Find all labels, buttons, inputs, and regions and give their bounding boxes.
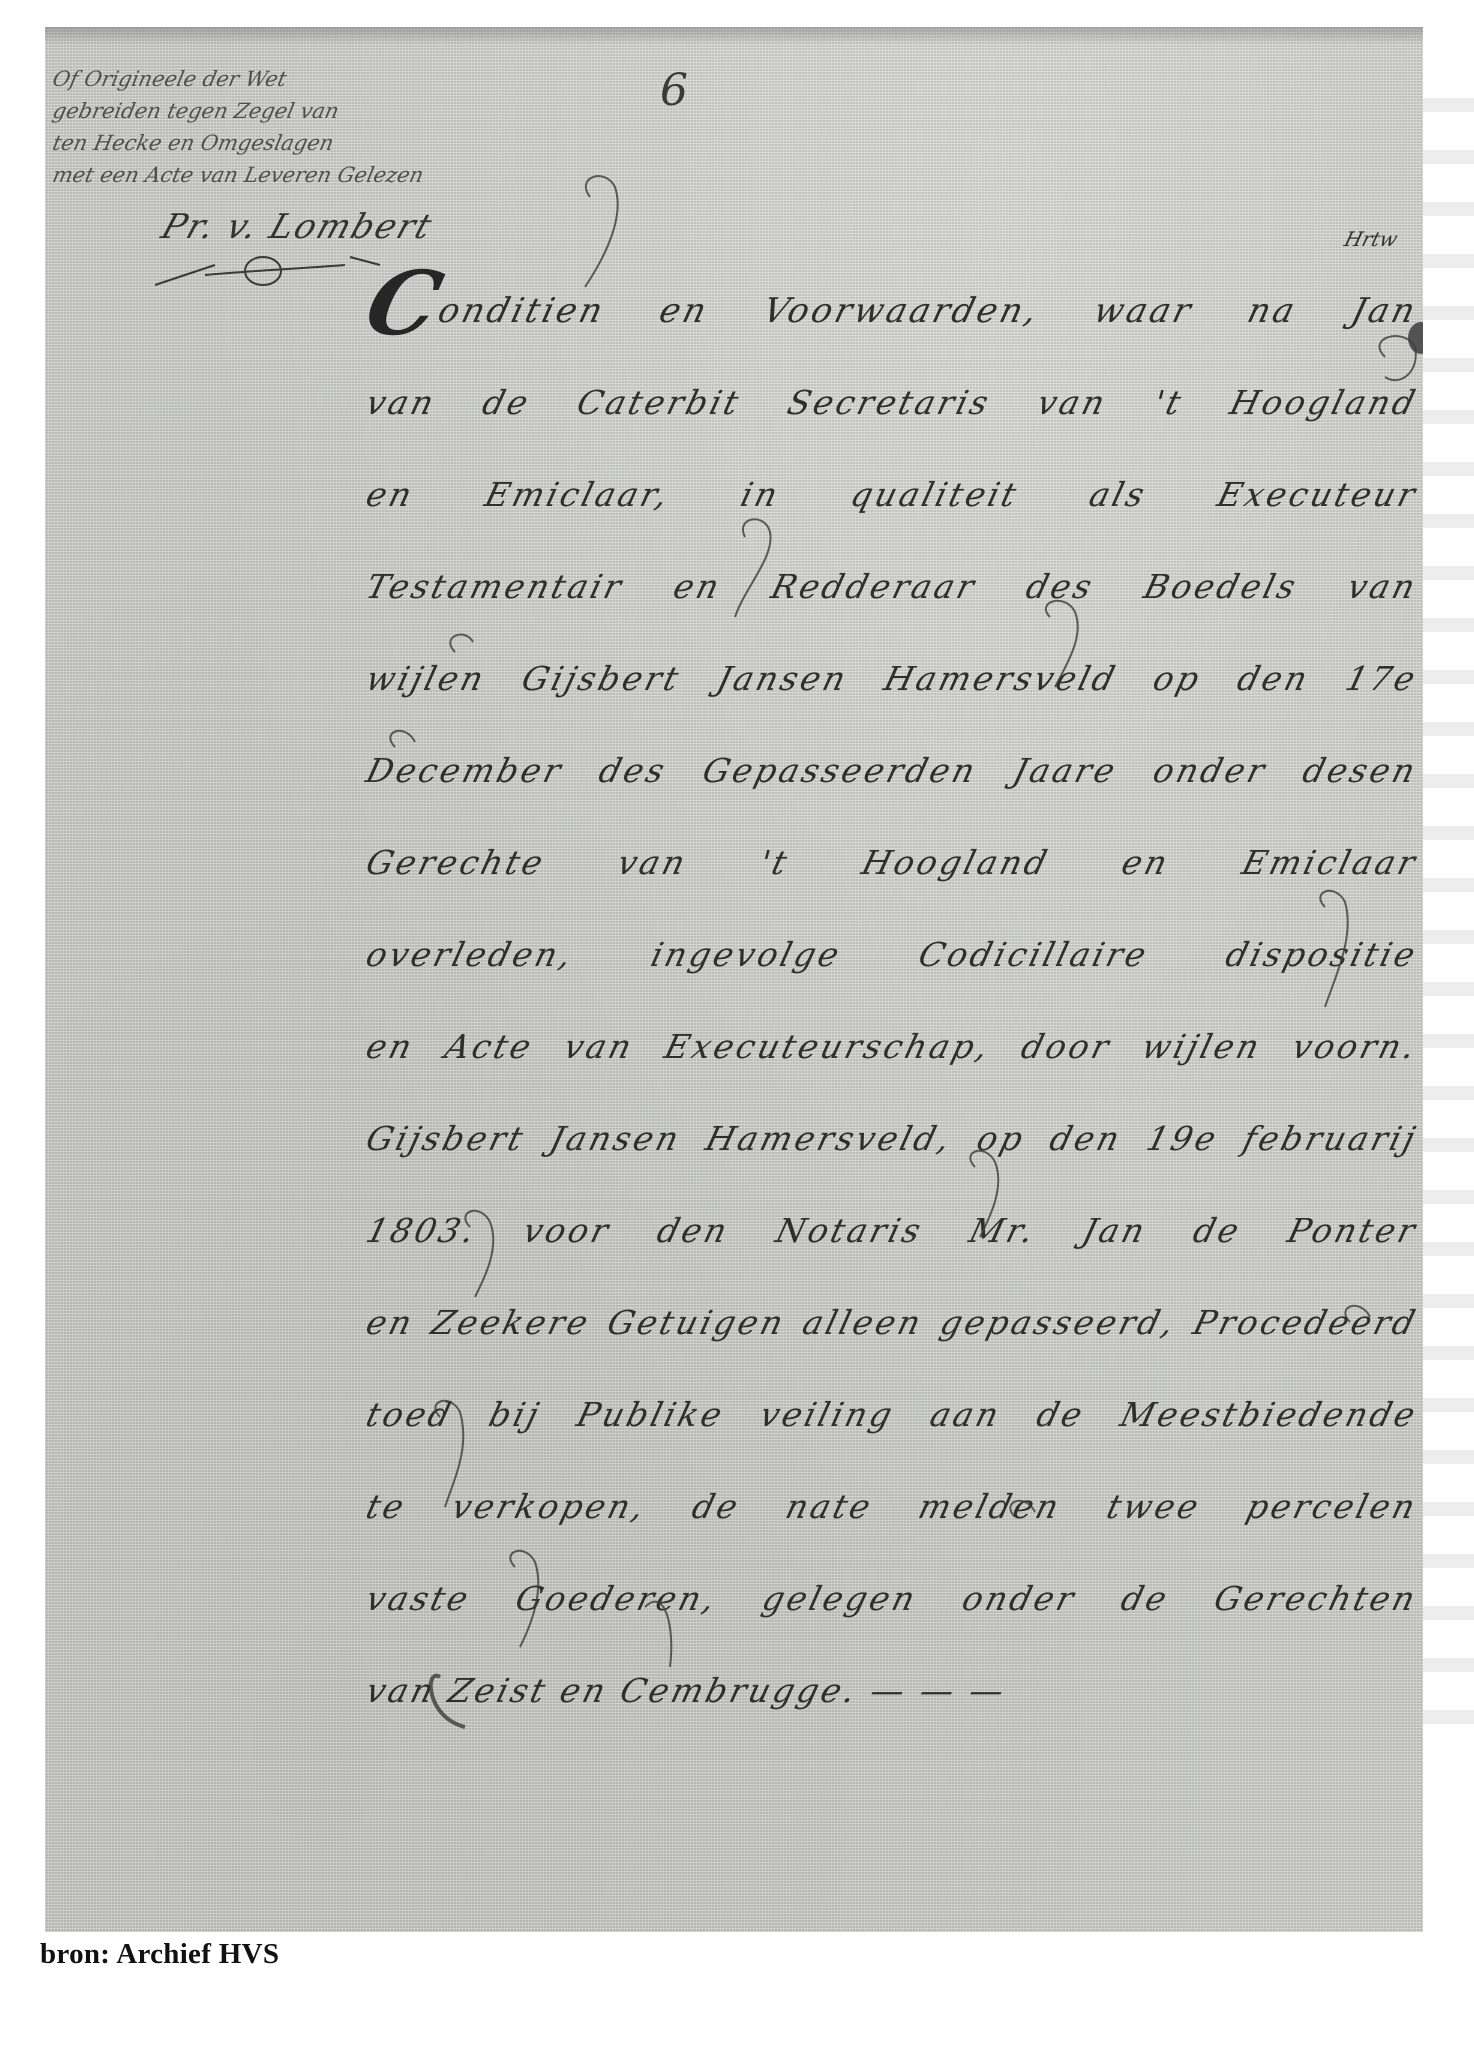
deed-line: Gijsbert Jansen Hamersveld, op den 19e f… [356, 1093, 1423, 1185]
deed-line: te verkopen, de nate melden twee percele… [356, 1461, 1423, 1553]
deed-line: van de Caterbit Secretaris van 't Hoogla… [356, 357, 1423, 449]
drop-cap: C [356, 251, 452, 355]
deed-line: December des Gepasseerden Jaare onder de… [356, 725, 1423, 817]
reverse-page-bleed [1422, 60, 1474, 1760]
deed-body-text: Conditien en Voorwaarden, waar na Jan va… [367, 265, 1417, 1737]
scanned-document-page: Of Origineele der Wet gebreiden tegen Ze… [45, 27, 1423, 1932]
deed-line-text: onditien en Voorwaarden, waar na Jan [434, 291, 1422, 331]
source-caption: bron: Archief HVS [40, 1938, 279, 1971]
deed-line: vaste Goederen, gelegen onder de Gerecht… [356, 1553, 1423, 1645]
deed-line: en Emiclaar, in qualiteit als Executeur [356, 449, 1423, 541]
deed-line: wijlen Gijsbert Jansen Hamersveld op den… [356, 633, 1423, 725]
deed-line: Testamentair en Redderaar des Boedels va… [356, 541, 1423, 633]
deed-line: Gerechte van 't Hoogland en Emiclaar [356, 817, 1423, 909]
margin-annotation-line: met een Acte van Leveren Gelezen [50, 159, 517, 191]
deed-line: 1803. voor den Notaris Mr. Jan de Ponter [356, 1185, 1423, 1277]
deed-line: toed bij Publike veiling aan de Meestbie… [356, 1369, 1423, 1461]
corner-annotation: Hrtw [1342, 227, 1401, 251]
margin-annotation-line: Of Origineele der Wet [50, 63, 517, 95]
margin-annotation-line: gebreiden tegen Zegel van [50, 95, 517, 127]
deed-line: en Acte van Executeurschap, door wijlen … [356, 1001, 1423, 1093]
paper-top-shadow [45, 27, 1423, 45]
deed-line: Conditien en Voorwaarden, waar na Jan [356, 265, 1423, 357]
deed-line: van Zeist en Cembrugge. — — — [356, 1645, 1423, 1737]
margin-annotation: Of Origineele der Wet gebreiden tegen Ze… [53, 63, 513, 191]
signature-flourish-icon [145, 235, 405, 295]
deed-line: en Zeekere Getuigen alleen gepasseerd, P… [356, 1277, 1423, 1369]
page-number: 6 [660, 65, 688, 116]
margin-annotation-line: ten Hecke en Omgeslagen [50, 127, 517, 159]
deed-line: overleden, ingevolge Codicillaire dispos… [356, 909, 1423, 1001]
